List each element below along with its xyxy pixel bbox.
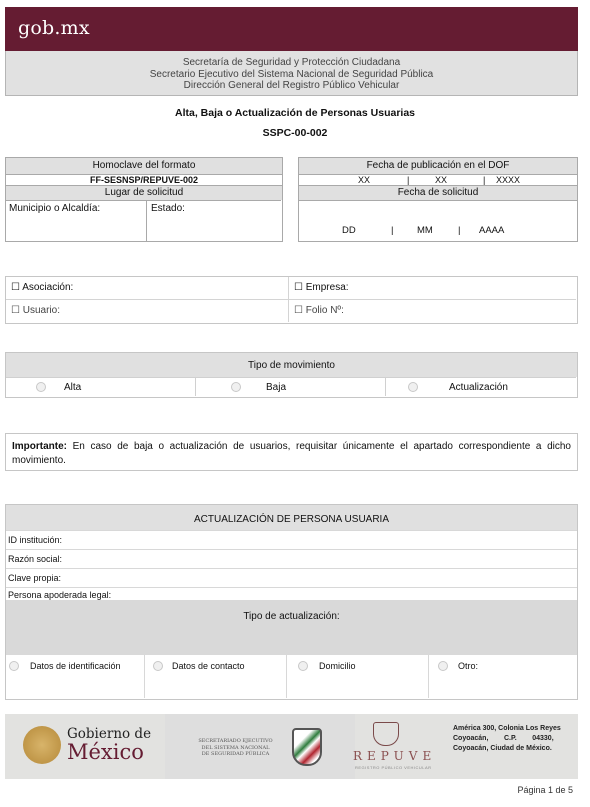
- otro-label: Otro:: [458, 661, 478, 671]
- sol-month: MM: [417, 225, 433, 236]
- sol-sep-1: |: [391, 225, 393, 236]
- estado-field[interactable]: Estado:: [146, 200, 281, 241]
- dof-month: XX: [435, 175, 447, 185]
- movement-table: Tipo de movimiento Alta Baja Actualizaci…: [5, 352, 578, 398]
- brand-header-band: [5, 7, 578, 51]
- field-id-institucion[interactable]: ID institución:: [6, 530, 577, 549]
- usuario-checkbox[interactable]: ☐ Usuario:: [6, 299, 288, 322]
- notice-text: En caso de baja o actualización de usuar…: [12, 441, 571, 466]
- sol-sep-2: |: [458, 225, 460, 236]
- update-option-domicilio[interactable]: Domicilio: [286, 655, 428, 698]
- sesnsp-text: SECRETARIADO EJECUTIVO DEL SISTEMA NACIO…: [188, 738, 283, 758]
- update-title: ACTUALIZACIÓN DE PERSONA USUARIA: [6, 505, 577, 530]
- repuve-subtitle: REGISTRO PÚBLICO VEHICULAR: [355, 765, 432, 770]
- address-line-3: Coyoacán, Ciudad de México.: [453, 744, 571, 754]
- document-title: Alta, Baja o Actualización de Personas U…: [0, 107, 590, 119]
- lugar-label: Lugar de solicitud: [6, 185, 282, 200]
- update-section: ACTUALIZACIÓN DE PERSONA USUARIA ID inst…: [5, 504, 578, 700]
- municipio-field[interactable]: Municipio o Alcaldía:: [6, 200, 146, 241]
- movement-title: Tipo de movimiento: [6, 353, 577, 377]
- radio-icon[interactable]: [231, 382, 241, 392]
- sol-year: AAAA: [479, 225, 504, 236]
- entity-table: ☐ Asociación: ☐ Empresa: ☐ Usuario: ☐ Fo…: [5, 276, 578, 324]
- field-clave-propia[interactable]: Clave propia:: [6, 568, 577, 587]
- dof-date: XX | XX | XXXX: [299, 174, 577, 185]
- dof-sep-2: |: [483, 175, 485, 185]
- sesnsp-shield-icon: [292, 728, 322, 766]
- footer-address: América 300, Colonia Los Reyes Coyoacán,…: [453, 724, 571, 754]
- identificacion-label: Datos de identificación: [8, 661, 128, 672]
- format-table: Homoclave del formato FF-SESNSP/REPUVE-0…: [5, 157, 283, 242]
- homoclave-label: Homoclave del formato: [6, 158, 282, 174]
- gob-line-2: México: [67, 741, 151, 763]
- national-seal-icon: [23, 726, 61, 764]
- important-notice: Importante: En caso de baja o actualizac…: [5, 433, 578, 471]
- subtitle-line-1: Secretaría de Seguridad y Protección Ciu…: [6, 57, 577, 69]
- radio-icon[interactable]: [408, 382, 418, 392]
- movement-option-actualizacion[interactable]: Actualización: [385, 377, 576, 396]
- update-option-otro[interactable]: Otro:: [428, 655, 576, 698]
- repuve-emblem-icon: [373, 722, 399, 746]
- asociacion-checkbox[interactable]: ☐ Asociación:: [6, 277, 288, 299]
- alta-label: Alta: [64, 378, 81, 397]
- sesnsp-line-1: SECRETARIADO EJECUTIVO: [188, 738, 283, 745]
- domicilio-label: Domicilio: [319, 661, 356, 671]
- fecha-solicitud-label: Fecha de solicitud: [299, 185, 577, 200]
- update-option-contacto[interactable]: Datos de contacto: [144, 655, 286, 698]
- folio-checkbox[interactable]: ☐ Folio Nº:: [288, 299, 576, 322]
- update-option-identificacion[interactable]: Datos de identificación: [6, 655, 144, 698]
- radio-icon[interactable]: [153, 661, 163, 671]
- address-line-1: América 300, Colonia Los Reyes: [453, 724, 571, 734]
- repuve-logo: REPUVE: [353, 749, 436, 763]
- subtitle-line-3: Dirección General del Registro Público V…: [6, 80, 577, 92]
- dof-year: XXXX: [496, 175, 520, 185]
- date-table: Fecha de publicación en el DOF XX | XX |…: [298, 157, 578, 242]
- radio-icon[interactable]: [438, 661, 448, 671]
- gob-line-1: Gobierno de: [67, 727, 151, 741]
- baja-label: Baja: [266, 378, 286, 397]
- agency-subtitle: Secretaría de Seguridad y Protección Ciu…: [5, 51, 578, 96]
- notice-label: Importante:: [12, 441, 67, 452]
- sol-day: DD: [342, 225, 356, 236]
- dof-sep-1: |: [407, 175, 409, 185]
- movement-option-baja[interactable]: Baja: [195, 377, 385, 396]
- subtitle-line-2: Secretario Ejecutivo del Sistema Naciona…: [6, 69, 577, 81]
- radio-icon[interactable]: [36, 382, 46, 392]
- sesnsp-line-3: DE SEGURIDAD PÚBLICA: [188, 751, 283, 758]
- field-razon-social[interactable]: Razón social:: [6, 549, 577, 568]
- fecha-solicitud-field[interactable]: DD | MM | AAAA: [299, 200, 577, 241]
- address-line-2: Coyoacán, C.P. 04330,: [453, 734, 571, 744]
- actualizacion-label: Actualización: [449, 378, 508, 397]
- gobmx-logo: gob.mx: [18, 17, 90, 39]
- homoclave-value: FF-SESNSP/REPUVE-002: [6, 174, 282, 185]
- dof-day: XX: [358, 175, 370, 185]
- empresa-checkbox[interactable]: ☐ Empresa:: [288, 277, 576, 299]
- contacto-label: Datos de contacto: [172, 661, 245, 671]
- page-number: Página 1 de 5: [517, 785, 573, 795]
- update-type-title: Tipo de actualización:: [6, 600, 577, 655]
- field-apoderada-legal[interactable]: Persona apoderada legal:: [6, 587, 577, 600]
- movement-option-alta[interactable]: Alta: [6, 377, 195, 396]
- radio-icon[interactable]: [298, 661, 308, 671]
- document-code: SSPC-00-002: [0, 127, 590, 139]
- gobierno-de-mexico-logo: Gobierno de México: [67, 727, 151, 763]
- dof-label: Fecha de publicación en el DOF: [299, 158, 577, 174]
